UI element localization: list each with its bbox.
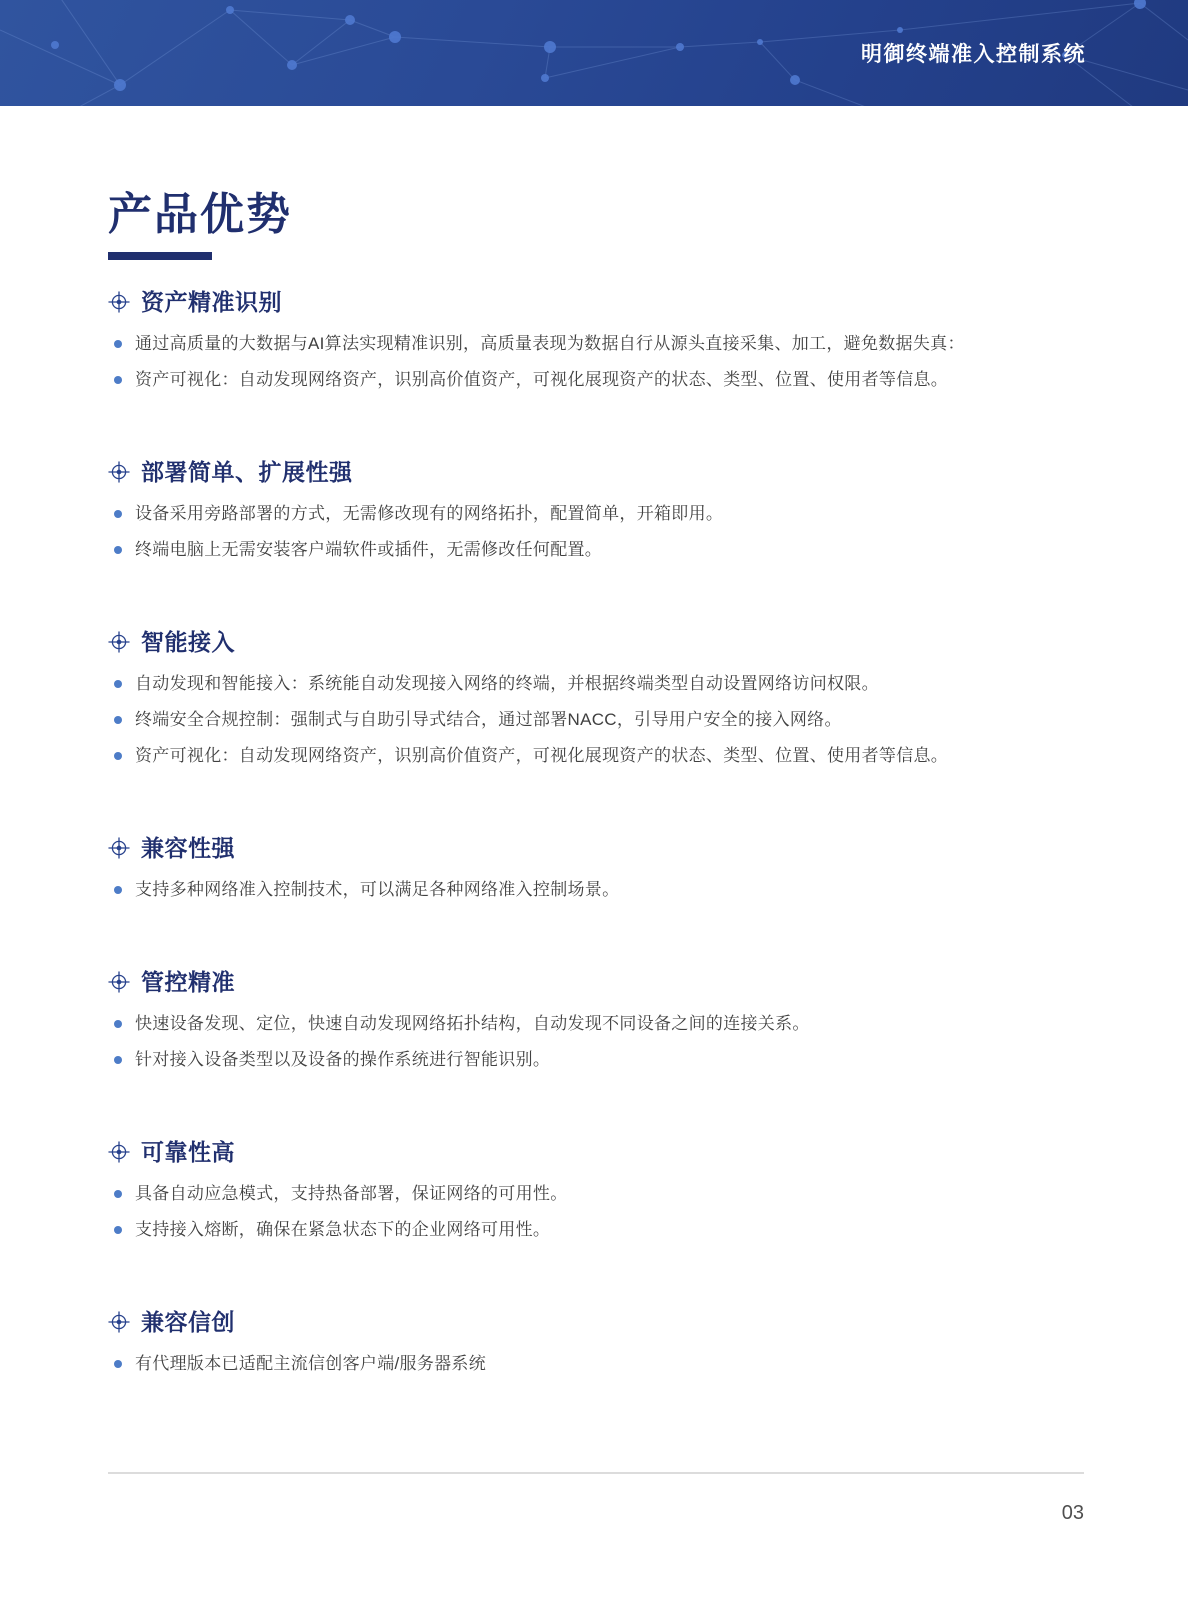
bullet-dot-icon [114,752,122,760]
list-item: 快速设备发现、定位，快速自动发现网络拓扑结构，自动发现不同设备之间的连接关系。 [108,1011,1090,1037]
section-asset-identification: 资产精准识别 通过高质量的大数据与AI算法实现精准识别，高质量表现为数据自行从源… [108,287,1090,393]
footer-divider [108,1472,1084,1474]
section-header: 兼容性强 [108,833,1090,863]
list-item: 具备自动应急模式，支持热备部署，保证网络的可用性。 [108,1181,1090,1207]
list-item: 资产可视化：自动发现网络资产，识别高价值资产，可视化展现资产的状态、类型、位置、… [108,743,1090,769]
section-easy-deployment: 部署简单、扩展性强 设备采用旁路部署的方式，无需修改现有的网络拓扑，配置简单，开… [108,457,1090,563]
crosshair-target-icon [108,461,130,483]
bullet-dot-icon [114,376,122,384]
bullet-text: 快速设备发现、定位，快速自动发现网络拓扑结构，自动发现不同设备之间的连接关系。 [135,1011,810,1037]
bullet-dot-icon [114,340,122,348]
section-header: 兼容信创 [108,1307,1090,1337]
bullet-dot-icon [114,716,122,724]
bullet-text: 资产可视化：自动发现网络资产，识别高价值资产，可视化展现资产的状态、类型、位置、… [135,367,948,393]
crosshair-target-icon [108,837,130,859]
crosshair-target-icon [108,291,130,313]
page-title: 产品优势 [108,193,1090,237]
bullet-dot-icon [114,1190,122,1198]
section-xinchuang-compatibility: 兼容信创 有代理版本已适配主流信创客户端/服务器系统 [108,1307,1090,1377]
section-header: 管控精准 [108,967,1090,997]
bullet-text: 具备自动应急模式，支持热备部署，保证网络的可用性。 [135,1181,568,1207]
section-title: 资产精准识别 [141,287,282,317]
bullet-dot-icon [114,1360,122,1368]
bullet-dot-icon [114,680,122,688]
section-header: 资产精准识别 [108,287,1090,317]
list-item: 有代理版本已适配主流信创客户端/服务器系统 [108,1351,1090,1377]
section-title: 可靠性高 [141,1137,235,1167]
bullet-text: 资产可视化：自动发现网络资产，识别高价值资产，可视化展现资产的状态、类型、位置、… [135,743,948,769]
bullet-list: 设备采用旁路部署的方式，无需修改现有的网络拓扑，配置简单，开箱即用。 终端电脑上… [108,501,1090,563]
bullet-dot-icon [114,1056,122,1064]
content-area: 产品优势 资产精准识别 通过高质量的大数据与AI算法实现精准识别， [0,193,1188,1377]
page-number: 03 [1062,1502,1084,1525]
section-smart-access: 智能接入 自动发现和智能接入：系统能自动发现接入网络的终端，并根据终端类型自动设… [108,627,1090,769]
bullet-dot-icon [114,546,122,554]
crosshair-target-icon [108,1141,130,1163]
section-title: 兼容信创 [141,1307,235,1337]
bullet-text: 支持接入熔断，确保在紧急状态下的企业网络可用性。 [135,1217,550,1243]
section-compatibility: 兼容性强 支持多种网络准入控制技术，可以满足各种网络准入控制场景。 [108,833,1090,903]
list-item: 资产可视化：自动发现网络资产，识别高价值资产，可视化展现资产的状态、类型、位置、… [108,367,1090,393]
document-page: 明御终端准入控制系统 产品优势 资产精准识别 [0,0,1188,1608]
bullet-dot-icon [114,1226,122,1234]
bullet-list: 支持多种网络准入控制技术，可以满足各种网络准入控制场景。 [108,877,1090,903]
crosshair-target-icon [108,1311,130,1333]
section-title: 兼容性强 [141,833,235,863]
bullet-text: 通过高质量的大数据与AI算法实现精准识别，高质量表现为数据自行从源头直接采集、加… [135,331,965,357]
section-title: 管控精准 [141,967,235,997]
section-title: 智能接入 [141,627,235,657]
bullet-text: 终端电脑上无需安装客户端软件或插件，无需修改任何配置。 [135,537,602,563]
bullet-list: 有代理版本已适配主流信创客户端/服务器系统 [108,1351,1090,1377]
list-item: 支持多种网络准入控制技术，可以满足各种网络准入控制场景。 [108,877,1090,903]
crosshair-target-icon [108,631,130,653]
bullet-dot-icon [114,510,122,518]
crosshair-target-icon [108,971,130,993]
bullet-dot-icon [114,886,122,894]
title-underline [108,252,212,260]
section-header: 部署简单、扩展性强 [108,457,1090,487]
bullet-list: 自动发现和智能接入：系统能自动发现接入网络的终端，并根据终端类型自动设置网络访问… [108,671,1090,769]
bullet-text: 自动发现和智能接入：系统能自动发现接入网络的终端，并根据终端类型自动设置网络访问… [135,671,879,697]
list-item: 支持接入熔断，确保在紧急状态下的企业网络可用性。 [108,1217,1090,1243]
list-item: 针对接入设备类型以及设备的操作系统进行智能识别。 [108,1047,1090,1073]
list-item: 终端电脑上无需安装客户端软件或插件，无需修改任何配置。 [108,537,1090,563]
section-header: 智能接入 [108,627,1090,657]
header-banner: 明御终端准入控制系统 [0,0,1188,106]
section-title: 部署简单、扩展性强 [141,457,353,487]
bullet-list: 具备自动应急模式，支持热备部署，保证网络的可用性。 支持接入熔断，确保在紧急状态… [108,1181,1090,1243]
bullet-text: 设备采用旁路部署的方式，无需修改现有的网络拓扑，配置简单，开箱即用。 [135,501,723,527]
bullet-text: 有代理版本已适配主流信创客户端/服务器系统 [135,1351,486,1377]
list-item: 终端安全合规控制：强制式与自助引导式结合，通过部署NACC，引导用户安全的接入网… [108,707,1090,733]
list-item: 设备采用旁路部署的方式，无需修改现有的网络拓扑，配置简单，开箱即用。 [108,501,1090,527]
bullet-dot-icon [114,1020,122,1028]
bullet-text: 终端安全合规控制：强制式与自助引导式结合，通过部署NACC，引导用户安全的接入网… [135,707,842,733]
bullet-list: 快速设备发现、定位，快速自动发现网络拓扑结构，自动发现不同设备之间的连接关系。 … [108,1011,1090,1073]
section-precise-control: 管控精准 快速设备发现、定位，快速自动发现网络拓扑结构，自动发现不同设备之间的连… [108,967,1090,1073]
bullet-text: 支持多种网络准入控制技术，可以满足各种网络准入控制场景。 [135,877,619,903]
section-header: 可靠性高 [108,1137,1090,1167]
bullet-text: 针对接入设备类型以及设备的操作系统进行智能识别。 [135,1047,550,1073]
list-item: 通过高质量的大数据与AI算法实现精准识别，高质量表现为数据自行从源头直接采集、加… [108,331,1090,357]
bullet-list: 通过高质量的大数据与AI算法实现精准识别，高质量表现为数据自行从源头直接采集、加… [108,331,1090,393]
product-name-title: 明御终端准入控制系统 [861,38,1086,68]
list-item: 自动发现和智能接入：系统能自动发现接入网络的终端，并根据终端类型自动设置网络访问… [108,671,1090,697]
section-reliability: 可靠性高 具备自动应急模式，支持热备部署，保证网络的可用性。 支持接入熔断，确保… [108,1137,1090,1243]
